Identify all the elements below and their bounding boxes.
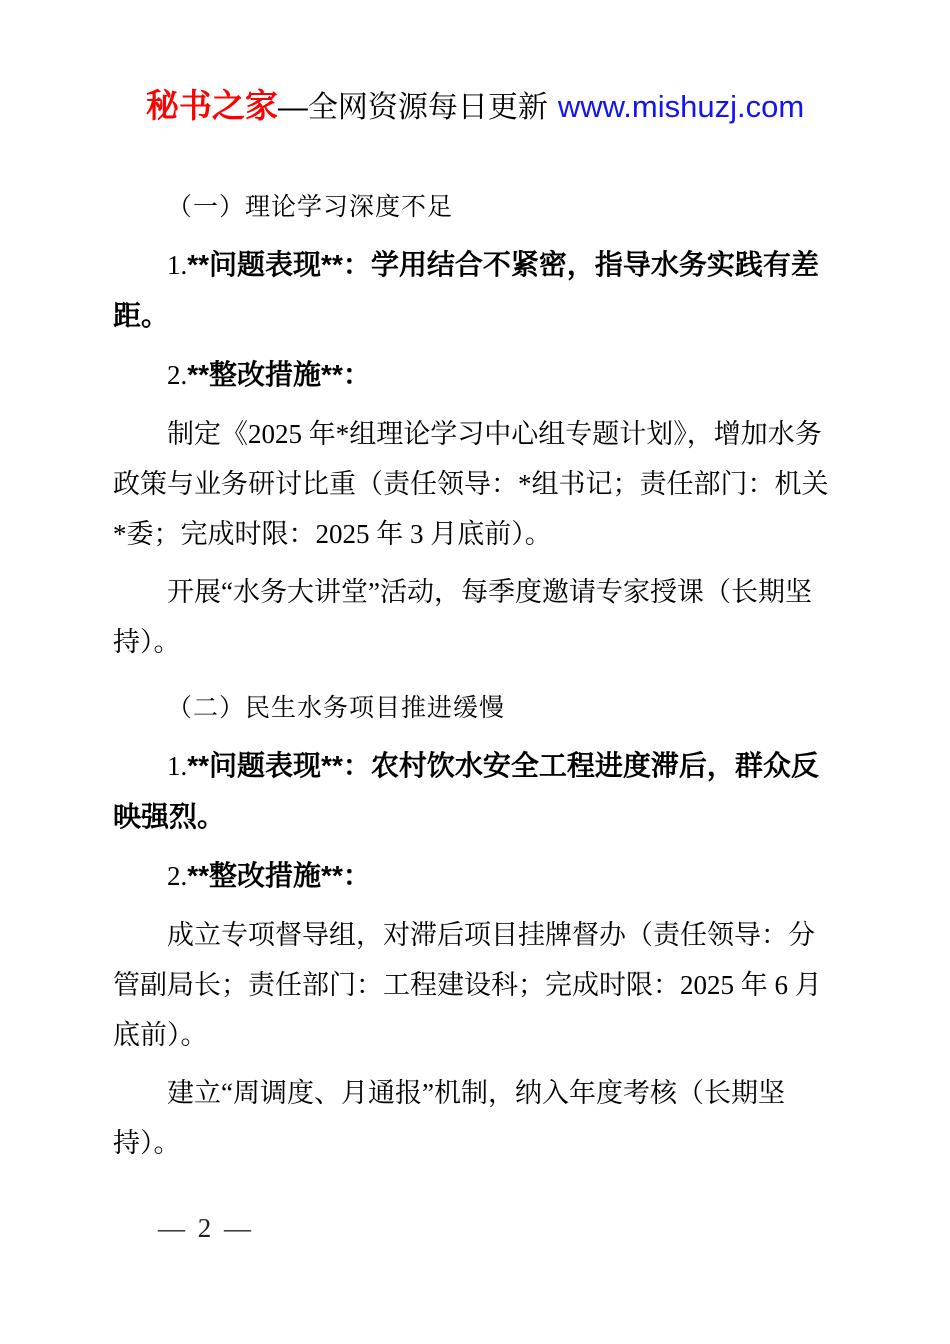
site-header: 秘书之家—全网资源每日更新www.mishuzj.com [0,84,950,135]
paragraph: 1.**问题表现**：农村饮水安全工程进度滞后，群众反映强烈。 [113,741,837,843]
paragraph: 开展“水务大讲堂”活动，每季度邀请专家授课（长期坚持）。 [113,567,837,667]
paragraph-text: **问题表现**：学用结合不紧密，指导水务实践有差距。 [113,249,819,331]
site-tagline: —全网资源每日更新 [278,91,548,124]
site-url-link[interactable]: www.mishuzj.com [558,89,804,124]
paragraph: 2.**整改措施**： [113,851,837,902]
section-heading: （一）理论学习深度不足 [113,182,837,232]
paragraph: 2.**整改措施**： [113,350,837,401]
paragraph-number: 1. [167,751,187,781]
paragraph-text: **整改措施**： [187,860,371,891]
section-heading: （二）民生水务项目推进缓慢 [113,683,837,733]
paragraph-number: 2. [167,861,187,891]
paragraph-text: **问题表现**：农村饮水安全工程进度滞后，群众反映强烈。 [113,750,819,832]
paragraph-number: 2. [167,360,187,390]
page-number: — 2 — [158,1213,254,1244]
paragraph: 建立“周调度、月通报”机制，纳入年度考核（长期坚持）。 [113,1068,837,1168]
paragraph-text: **整改措施**： [187,359,371,390]
site-brand: 秘书之家 [146,87,278,124]
paragraph: 1.**问题表现**：学用结合不紧密，指导水务实践有差距。 [113,240,837,342]
paragraph-number: 1. [167,250,187,280]
paragraph: 制定《2025 年*组理论学习中心组专题计划》，增加水务政策与业务研讨比重（责任… [113,409,837,559]
paragraph: 成立专项督导组，对滞后项目挂牌督办（责任领导：分管副局长；责任部门：工程建设科；… [113,910,837,1060]
document-body: （一）理论学习深度不足1.**问题表现**：学用结合不紧密，指导水务实践有差距。… [113,182,837,1176]
document-page: 秘书之家—全网资源每日更新www.mishuzj.com （一）理论学习深度不足… [0,0,950,1344]
